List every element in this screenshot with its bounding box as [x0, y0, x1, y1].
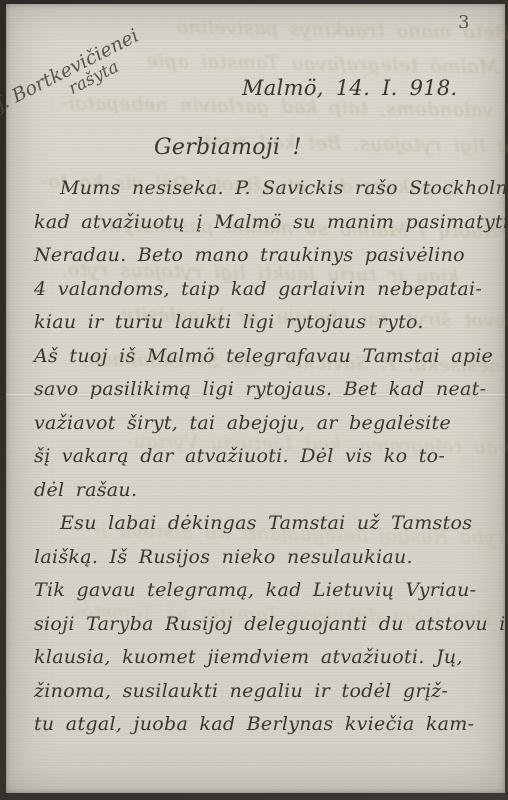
letter-line: savo pasilikimą ligi rytojaus. Bet kad n…	[34, 373, 500, 407]
letter-body: Mums nesiseka. P. Savickis rašo Stockhol…	[34, 172, 500, 742]
salutation: Gerbiamoji !	[154, 135, 302, 160]
letter-line: klausia, kuomet jiemdviem atvažiuoti. Jų…	[34, 641, 500, 675]
scanned-letter-page: Neradau. Beto mano traukinys pasivėlino …	[0, 0, 508, 800]
letter-line: 4 valandoms, taip kad garlaivin nebepata…	[34, 273, 500, 307]
letter-line: dėl rašau.	[34, 474, 500, 508]
letter-line: žinoma, susilaukti negaliu ir todėl grįž…	[34, 675, 500, 709]
letter-line: Tik gavau telegramą, kad Lietuvių Vyriau…	[34, 574, 500, 608]
letter-line: Neradau. Beto mano traukinys pasivėlino	[34, 239, 500, 273]
letter-line: važiavot širyt, tai abejoju, ar begalėsi…	[34, 407, 500, 441]
letter-line: laišką. Iš Rusijos nieko nesulaukiau.	[34, 541, 500, 575]
dateline: Malmö, 14. I. 918.	[242, 76, 458, 100]
letter-line: šį vakarą dar atvažiuoti. Dėl vis ko to-	[34, 440, 500, 474]
letter-line: kiau ir turiu laukti ligi rytojaus ryto.	[34, 306, 500, 340]
letter-line: tu atgal, juoba kad Berlynas kviečia kam…	[34, 708, 500, 742]
page-number: 3	[458, 12, 469, 33]
paper-sheet: Neradau. Beto mano traukinys pasivėlino …	[6, 4, 505, 793]
letter-line: Mums nesiseka. P. Savickis rašo Stockhol…	[34, 172, 500, 206]
letter-line: Aš tuoj iš Malmö telegrafavau Tamstai ap…	[34, 340, 500, 374]
letter-line: kad atvažiuotų į Malmö su manim pasimaty…	[34, 206, 500, 240]
letter-line: Esu labai dėkingas Tamstai už Tamstos	[34, 507, 500, 541]
letter-line: sioji Taryba Rusijoj deleguojanti du ats…	[34, 608, 500, 642]
